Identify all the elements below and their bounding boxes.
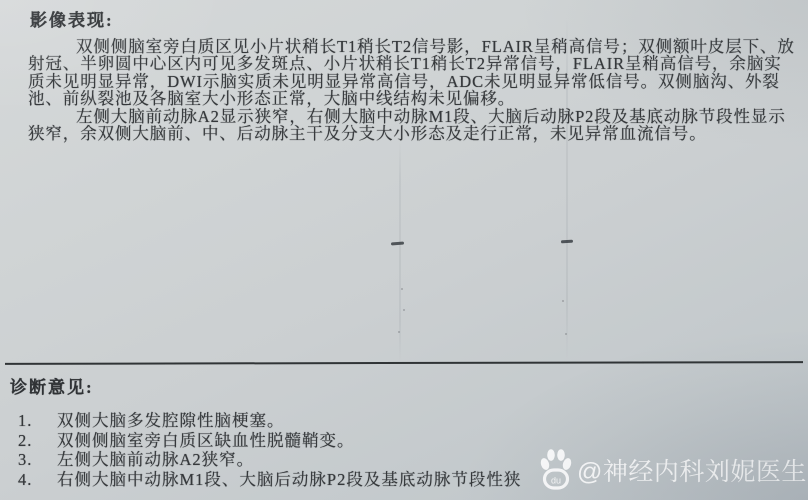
item-number: 4.: [18, 470, 57, 490]
findings-section: 影像表现: 双侧侧脑室旁白质区见小片状稍长T1稍长T2信号影，FLAIR呈稍高信…: [28, 6, 800, 142]
watermark-handle: @神经内科刘妮医生: [577, 452, 807, 488]
item-text: 双侧大脑多发腔隙性脑梗塞。: [57, 411, 285, 431]
watermark: du @神经内科刘妮医生: [538, 446, 807, 494]
findings-line: 质未见明显异常，DWI示脑实质未见明显异常高信号，ADC未见明显异常低信号。双侧…: [28, 73, 800, 90]
item-number: 3.: [18, 450, 57, 470]
paper-speck: [403, 309, 405, 311]
diagnosis-title: 诊断意见:: [10, 373, 800, 398]
item-number: 1.: [18, 411, 57, 431]
paper-speck: [401, 288, 403, 290]
findings-line: 池、前纵裂池及各脑室大小形态正常，大脑中线结构未见偏移。: [28, 90, 800, 107]
findings-line: 狭窄，余双侧大脑前、中、后动脉主干及分支大小形态及走行正常，未见异常血流信号。: [28, 125, 800, 142]
findings-line: 双侧侧脑室旁白质区见小片状稍长T1稍长T2信号影，FLAIR呈稍高信号；双侧额叶…: [28, 38, 800, 55]
item-text: 左侧大脑前动脉A2狭窄。: [57, 450, 254, 470]
paw-icon-label: du: [551, 476, 561, 486]
fold-mark: [391, 242, 404, 246]
fold-mark: [561, 240, 573, 244]
paper-speck: [398, 331, 400, 333]
baidu-paw-icon: du: [538, 448, 574, 492]
item-text: 双侧侧脑室旁白质区缺血性脱髓鞘变。: [57, 431, 355, 451]
findings-line: 射冠、半卵圆中心区内可见多发斑点、小片状稍长T1稍长T2异常信号，FLAIR呈稍…: [28, 55, 800, 72]
diagnosis-item: 1. 双侧大脑多发腔隙性脑梗塞。: [8, 411, 800, 431]
paper-fold-crease: [399, 140, 401, 362]
section-divider: [5, 361, 803, 365]
paper-speck: [565, 333, 567, 335]
medical-report-photo: 影像表现: 双侧侧脑室旁白质区见小片状稍长T1稍长T2信号影，FLAIR呈稍高信…: [0, 0, 808, 500]
item-text: 右侧大脑中动脉M1段、大脑后动脉P2段及基底动脉节段性狭: [57, 470, 521, 490]
findings-title: 影像表现:: [30, 6, 800, 31]
findings-line: 左侧大脑前动脉A2显示狭窄，右侧大脑中动脉M1段、大脑后动脉P2段及基底动脉节段…: [28, 108, 800, 125]
item-number: 2.: [18, 431, 57, 451]
paper-speck: [562, 300, 564, 302]
findings-body: 双侧侧脑室旁白质区见小片状稍长T1稍长T2信号影，FLAIR呈稍高信号；双侧额叶…: [28, 38, 800, 142]
